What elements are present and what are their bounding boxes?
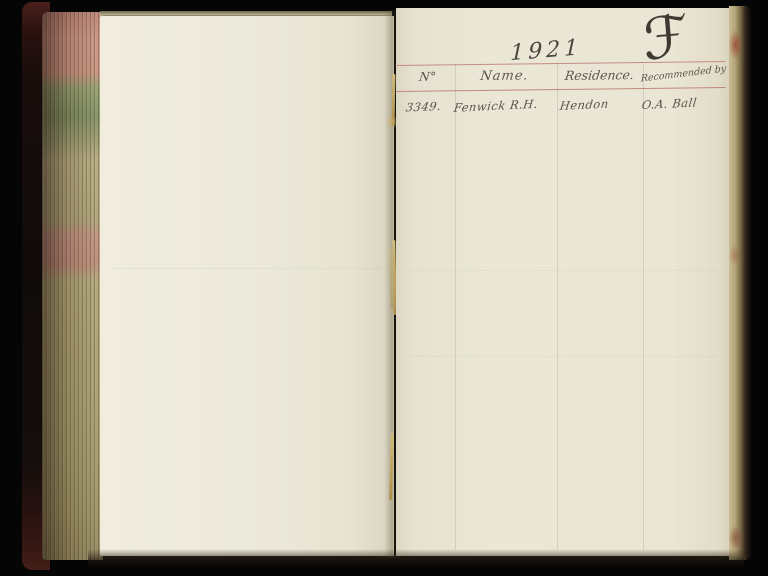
column-divider: [557, 64, 558, 550]
column-divider: [643, 64, 644, 550]
faint-rule-line: [409, 356, 717, 357]
entry-name: Fenwick R.H.: [453, 97, 539, 115]
left-page-blank: [100, 16, 394, 556]
entry-recommended-by: O.A. Ball: [641, 95, 698, 112]
column-divider: [455, 64, 456, 550]
page-fore-edge-right: [729, 6, 751, 560]
entry-no: 3349.: [405, 99, 442, 115]
column-header-name: Name.: [453, 68, 557, 84]
book-bottom-shadow: [88, 549, 744, 567]
right-page-content: 1921 ℱ N° Name. Residence. Recommended b…: [393, 6, 735, 558]
entry-residence: Hendon: [559, 97, 610, 113]
table-header-row: N° Name. Residence. Recommended by: [395, 61, 725, 92]
ledger-entry-row: 3349. Fenwick R.H. Hendon O.A. Ball: [394, 96, 729, 118]
right-page-ledger: 1921 ℱ N° Name. Residence. Recommended b…: [396, 8, 731, 556]
column-header-residence: Residence.: [557, 67, 643, 83]
column-header-recommended-by: Recommended by: [640, 63, 728, 84]
faint-rule-line: [409, 270, 717, 271]
page-edge-fan-left: [42, 12, 103, 560]
faint-rule-line: [112, 268, 383, 269]
column-header-no: N°: [403, 69, 453, 84]
ledger-book-photograph: 1921 ℱ N° Name. Residence. Recommended b…: [0, 0, 768, 576]
